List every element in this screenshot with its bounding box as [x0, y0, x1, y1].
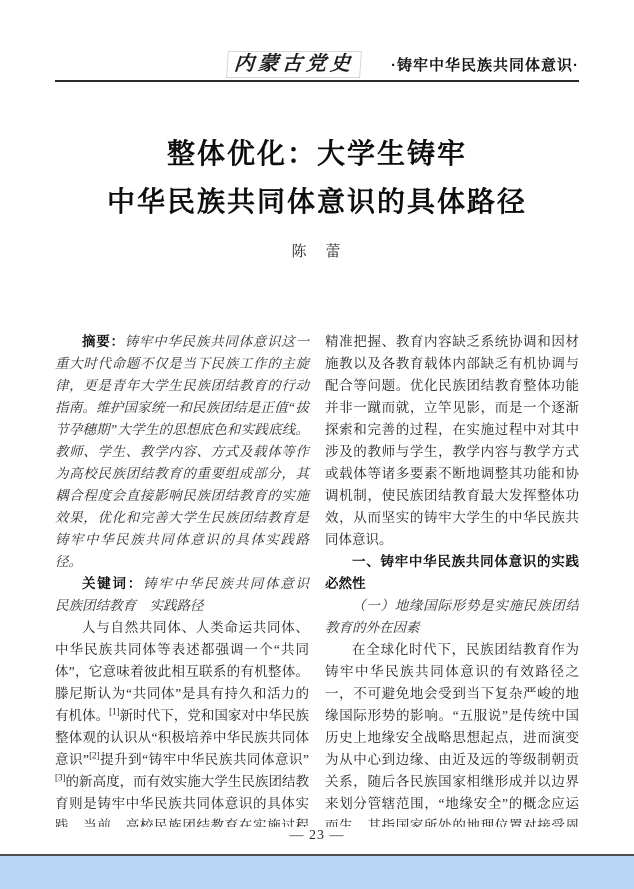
section-heading-1: 一、铸牢中华民族共同体意识的实践必然性 — [325, 551, 579, 595]
right-column: 精准把握、教育内容缺乏系统协调和因材施教以及各教育载体内部缺乏有机协调与配合等问… — [325, 331, 579, 827]
keywords-paragraph: 关键词：铸牢中华民族共同体意识 民族团结教育 实践路径 — [55, 573, 309, 617]
citation-marker-2: [2] — [89, 751, 100, 761]
body-paragraph-1: 人与自然共同体、人类命运共同体、中华民族共同体等表述都强调一个“共同体”，它意味… — [55, 617, 309, 827]
body-paragraph-3: 在全球化时代下，民族团结教育作为铸牢中华民族共同体意识的有效路径之一，不可避免地… — [325, 639, 579, 827]
abstract-label: 摘要： — [82, 334, 125, 349]
journal-logo: 内蒙古党史 — [226, 51, 362, 78]
body-paragraph-2: 精准把握、教育内容缺乏系统协调和因材施教以及各教育载体内部缺乏有机协调与配合等问… — [325, 331, 579, 551]
journal-page: 内蒙古党史 ·铸牢中华民族共同体意识· 整体优化：大学生铸牢 中华民族共同体意识… — [0, 0, 634, 889]
citation-marker-1: [1] — [109, 707, 120, 717]
body1-segment: 提升到“铸牢中华民族共同体意识” — [100, 752, 309, 767]
article-title: 整体优化：大学生铸牢 中华民族共同体意识的具体路径 — [0, 130, 634, 226]
citation-marker-3: [3] — [55, 773, 66, 783]
bottom-background-band — [0, 856, 634, 889]
header-column-label: ·铸牢中华民族共同体意识· — [391, 54, 579, 78]
subsection-heading-1: （一）地缘国际形势是实施民族团结教育的外在因素 — [325, 595, 579, 639]
content-columns: 摘要：铸牢中华民族共同体意识这一重大时代命题不仅是当下民族工作的主旋律，更是青年… — [55, 331, 579, 827]
abstract-text: 铸牢中华民族共同体意识这一重大时代命题不仅是当下民族工作的主旋律，更是青年大学生… — [55, 334, 309, 569]
page-number: — 23 — — [0, 828, 634, 844]
body1-segment: 的新高度，而有效实施大学生民族团结教育则是铸牢中华民族共同体意识的具体实践。当前… — [55, 774, 309, 827]
author-name: 陈 蕾 — [0, 240, 634, 261]
page-header: 内蒙古党史 ·铸牢中华民族共同体意识· — [55, 44, 579, 78]
article-title-line2: 中华民族共同体意识的具体路径 — [0, 178, 634, 226]
keywords-label: 关键词： — [82, 576, 143, 591]
abstract-paragraph: 摘要：铸牢中华民族共同体意识这一重大时代命题不仅是当下民族工作的主旋律，更是青年… — [55, 331, 309, 573]
left-column: 摘要：铸牢中华民族共同体意识这一重大时代命题不仅是当下民族工作的主旋律，更是青年… — [55, 331, 309, 827]
article-title-line1: 整体优化：大学生铸牢 — [0, 130, 634, 178]
header-rule — [55, 80, 579, 82]
